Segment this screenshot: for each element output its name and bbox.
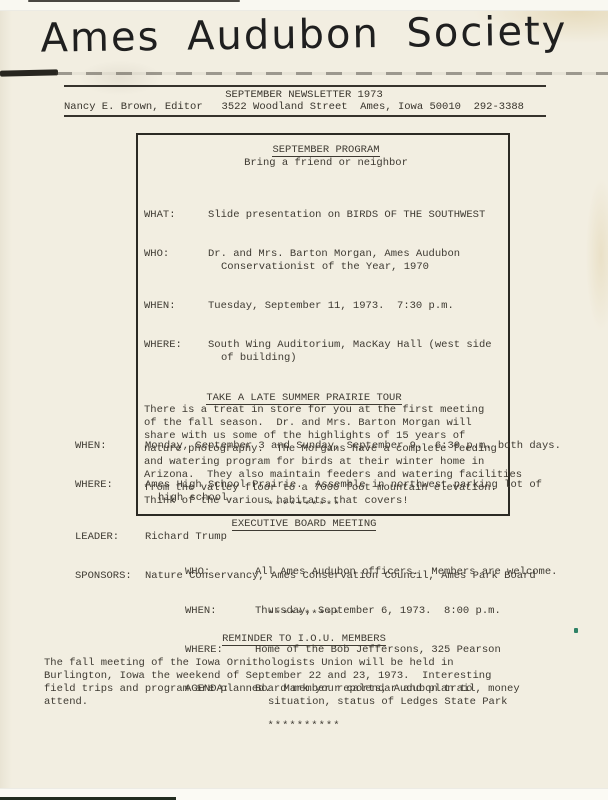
program-row-when: WHEN: Tuesday, September 11, 1973. 7:30 …: [144, 300, 508, 313]
row-label: WHEN:: [75, 440, 145, 453]
handwritten-underline-blob: [0, 69, 58, 76]
text-line: Monday, September 3 and Sunday, Septembe…: [145, 440, 561, 453]
text-line: Ames High School Prairie. Assemble in no…: [145, 479, 561, 492]
section-heading-prairie-tour: TAKE A LATE SUMMER PRAIRIE TOUR: [0, 392, 608, 405]
program-details: WHAT: Slide presentation on BIRDS OF THE…: [144, 183, 508, 391]
row-value: Monday, September 3 and Sunday, Septembe…: [145, 440, 561, 453]
program-subheading: Bring a friend or neighbor: [144, 157, 508, 170]
prairie-row-when: WHEN: Monday, September 3 and Sunday, Se…: [75, 440, 561, 453]
row-label: WHO:: [144, 248, 208, 261]
row-label: SPONSORS:: [75, 570, 145, 583]
handwritten-title: Ames Audubon Society: [0, 5, 608, 65]
program-row-what: WHAT: Slide presentation on BIRDS OF THE…: [144, 209, 508, 222]
program-heading-text: SEPTEMBER PROGRAM: [272, 144, 379, 157]
section-heading-executive-meeting: EXECUTIVE BOARD MEETING: [0, 518, 608, 531]
row-label: WHEN:: [144, 300, 208, 313]
row-value: All Ames Audubon officers. Members are w…: [255, 566, 557, 579]
row-label: WHAT:: [144, 209, 208, 222]
masthead-rule-top: [64, 85, 546, 87]
row-value: Tuesday, September 11, 1973. 7:30 p.m.: [208, 300, 508, 313]
masthead-rule-bottom: [64, 115, 546, 117]
stars-separator-1: **********: [0, 500, 608, 513]
program-row-where: WHERE: South Wing Auditorium, MacKay Hal…: [144, 339, 508, 365]
text-line: Dr. and Mrs. Barton Morgan, Ames Audubon: [208, 248, 508, 261]
handwritten-underline: [56, 72, 608, 75]
text-line: All Ames Audubon officers. Members are w…: [255, 566, 557, 579]
program-heading: SEPTEMBER PROGRAM: [144, 144, 508, 157]
section-heading-text: EXECUTIVE BOARD MEETING: [232, 518, 377, 531]
text-line: Tuesday, September 11, 1973. 7:30 p.m.: [208, 300, 508, 313]
iou-paragraph: The fall meeting of the Iowa Ornithologi…: [44, 657, 491, 709]
row-value: Dr. and Mrs. Barton Morgan, Ames Audubon…: [208, 248, 508, 274]
text-line: of building): [208, 352, 508, 365]
green-ink-mark: [574, 628, 578, 633]
text-line: South Wing Auditorium, MacKay Hall (west…: [208, 339, 508, 352]
text-line: Slide presentation on BIRDS OF THE SOUTH…: [208, 209, 508, 222]
text-line: The fall meeting of the Iowa Ornithologi…: [44, 657, 491, 670]
row-label: WHERE:: [75, 479, 145, 492]
row-label: WHO:: [185, 566, 255, 579]
text-line: field trips and program are planned. Mar…: [44, 683, 491, 696]
text-line: Burlington, Iowa the weekend of Septembe…: [44, 670, 491, 683]
exec-row-who: WHO: All Ames Audubon officers. Members …: [185, 566, 557, 579]
row-label: LEADER:: [75, 531, 145, 544]
text-line: attend.: [44, 696, 491, 709]
section-heading-iou-reminder: REMINDER TO I.O.U. MEMBERS: [0, 633, 608, 646]
editor-line: Nancy E. Brown, Editor 3522 Woodland Str…: [64, 101, 524, 114]
row-label: WHERE:: [144, 339, 208, 352]
section-heading-text: TAKE A LATE SUMMER PRAIRIE TOUR: [206, 392, 401, 405]
scanned-newsletter-page: Ames Audubon Society SEPTEMBER NEWSLETTE…: [0, 0, 608, 800]
section-heading-text: REMINDER TO I.O.U. MEMBERS: [222, 633, 386, 646]
stars-separator-2: **********: [0, 609, 608, 622]
row-value: Slide presentation on BIRDS OF THE SOUTH…: [208, 209, 508, 222]
row-value: South Wing Auditorium, MacKay Hall (west…: [208, 339, 508, 365]
text-line: Conservationist of the Year, 1970: [208, 261, 508, 274]
scan-top-edge-mark: [28, 0, 240, 2]
program-row-who: WHO: Dr. and Mrs. Barton Morgan, Ames Au…: [144, 248, 508, 274]
stars-separator-3: **********: [0, 720, 608, 733]
